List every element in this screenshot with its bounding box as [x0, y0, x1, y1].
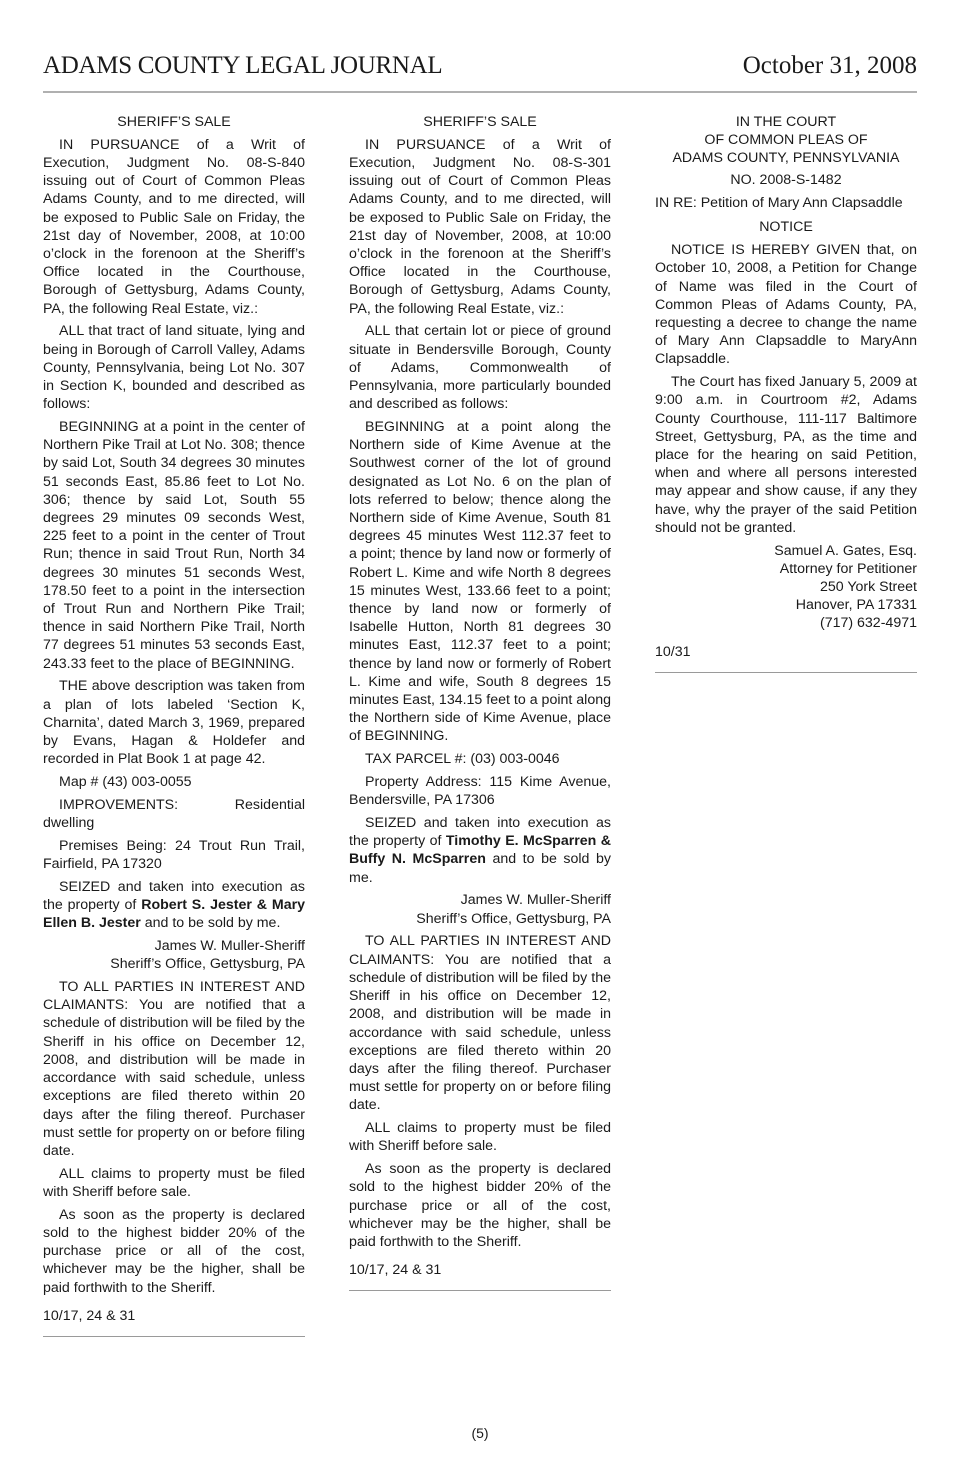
signature-office: Sheriff’s Office, Gettysburg, PA: [349, 910, 611, 928]
court-caption-line: ADAMS COUNTY, PENNSYLVANIA: [655, 149, 917, 167]
seized-suffix: and to be sold by me.: [141, 915, 281, 931]
run-dates: 10/17, 24 & 31: [349, 1261, 611, 1279]
notice-change-of-name: IN THE COURT OF COMMON PLEAS OF ADAMS CO…: [655, 113, 917, 673]
signature-name: James W. Muller-Sheriff: [349, 891, 611, 909]
notice-heading: SHERIFF’S SALE: [43, 113, 305, 131]
legal-description-paragraph: BEGINNING at a point in the center of No…: [43, 418, 305, 673]
seized-paragraph: SEIZED and taken into execution as the p…: [43, 878, 305, 933]
hearing-paragraph: The Court has fixed January 5, 2009 at 9…: [655, 373, 917, 537]
attorney-name: Samuel A. Gates, Esq.: [655, 542, 917, 560]
run-dates: 10/31: [655, 643, 917, 661]
court-caption: IN THE COURT OF COMMON PLEAS OF ADAMS CO…: [655, 113, 917, 167]
sheriff-signature: James W. Muller-Sheriff Sheriff’s Office…: [349, 891, 611, 927]
issue-date: October 31, 2008: [743, 52, 917, 80]
court-caption-line: OF COMMON PLEAS OF: [655, 131, 917, 149]
claims-paragraph: ALL claims to property must be filed wit…: [349, 1119, 611, 1155]
parties-notice-paragraph: TO ALL PARTIES IN INTEREST AND CLAIMANTS…: [349, 932, 611, 1114]
journal-title: ADAMS COUNTY LEGAL JOURNAL: [43, 52, 442, 80]
notice-sheriffs-sale-mcsparren: SHERIFF’S SALE IN PURSUANCE of a Writ of…: [349, 113, 611, 1291]
seized-paragraph: SEIZED and taken into execution as the p…: [349, 814, 611, 887]
masthead-bar: ADAMS COUNTY LEGAL JOURNAL October 31, 2…: [43, 52, 917, 84]
notice-sheriffs-sale-jester: SHERIFF’S SALE IN PURSUANCE of a Writ of…: [43, 113, 305, 1337]
description-source-paragraph: THE above description was taken from a p…: [43, 677, 305, 768]
improvements: IMPROVEMENTS: Residential dwelling: [43, 796, 305, 832]
payment-terms-paragraph: As soon as the property is declared sold…: [349, 1160, 611, 1251]
signature-name: James W. Muller-Sheriff: [43, 937, 305, 955]
notice-paragraph: NOTICE IS HEREBY GIVEN that, on October …: [655, 241, 917, 368]
signature-office: Sheriff’s Office, Gettysburg, PA: [43, 955, 305, 973]
property-address: Property Address: 115 Kime Avenue, Bende…: [349, 773, 611, 809]
notice-end-divider: [655, 672, 917, 673]
notice-end-divider: [43, 1336, 305, 1337]
claims-paragraph: ALL claims to property must be filed wit…: [43, 1165, 305, 1201]
notice-heading: NOTICE: [655, 218, 917, 236]
parties-notice-paragraph: TO ALL PARTIES IN INTEREST AND CLAIMANTS…: [43, 978, 305, 1160]
in-re-line: IN RE: Petition of Mary Ann Clapsaddle: [655, 194, 917, 212]
sheriff-signature: James W. Muller-Sheriff Sheriff’s Office…: [43, 937, 305, 973]
map-number: Map # (43) 003-0055: [43, 773, 305, 791]
attorney-phone: (717) 632-4971: [655, 614, 917, 632]
tract-paragraph: ALL that tract of land situate, lying an…: [43, 322, 305, 413]
court-caption-line: IN THE COURT: [655, 113, 917, 131]
notice-heading: SHERIFF’S SALE: [349, 113, 611, 131]
attorney-signature: Samuel A. Gates, Esq. Attorney for Petit…: [655, 542, 917, 633]
pursuance-paragraph: IN PURSUANCE of a Writ of Execution, Jud…: [43, 136, 305, 318]
legal-description-paragraph: BEGINNING at a point along the Northern …: [349, 418, 611, 746]
payment-terms-paragraph: As soon as the property is declared sold…: [43, 1206, 305, 1297]
case-number: NO. 2008-S-1482: [655, 171, 917, 189]
attorney-city: Hanover, PA 17331: [655, 596, 917, 614]
attorney-role: Attorney for Petitioner: [655, 560, 917, 578]
pursuance-paragraph: IN PURSUANCE of a Writ of Execution, Jud…: [349, 136, 611, 318]
tax-parcel: TAX PARCEL #: (03) 003-0046: [349, 750, 611, 768]
premises-address: Premises Being: 24 Trout Run Trail, Fair…: [43, 837, 305, 873]
notice-end-divider: [349, 1290, 611, 1291]
page-number: (5): [0, 1425, 960, 1441]
run-dates: 10/17, 24 & 31: [43, 1307, 305, 1325]
attorney-street: 250 York Street: [655, 578, 917, 596]
masthead-divider: [43, 91, 917, 93]
tract-paragraph: ALL that certain lot or piece of ground …: [349, 322, 611, 413]
